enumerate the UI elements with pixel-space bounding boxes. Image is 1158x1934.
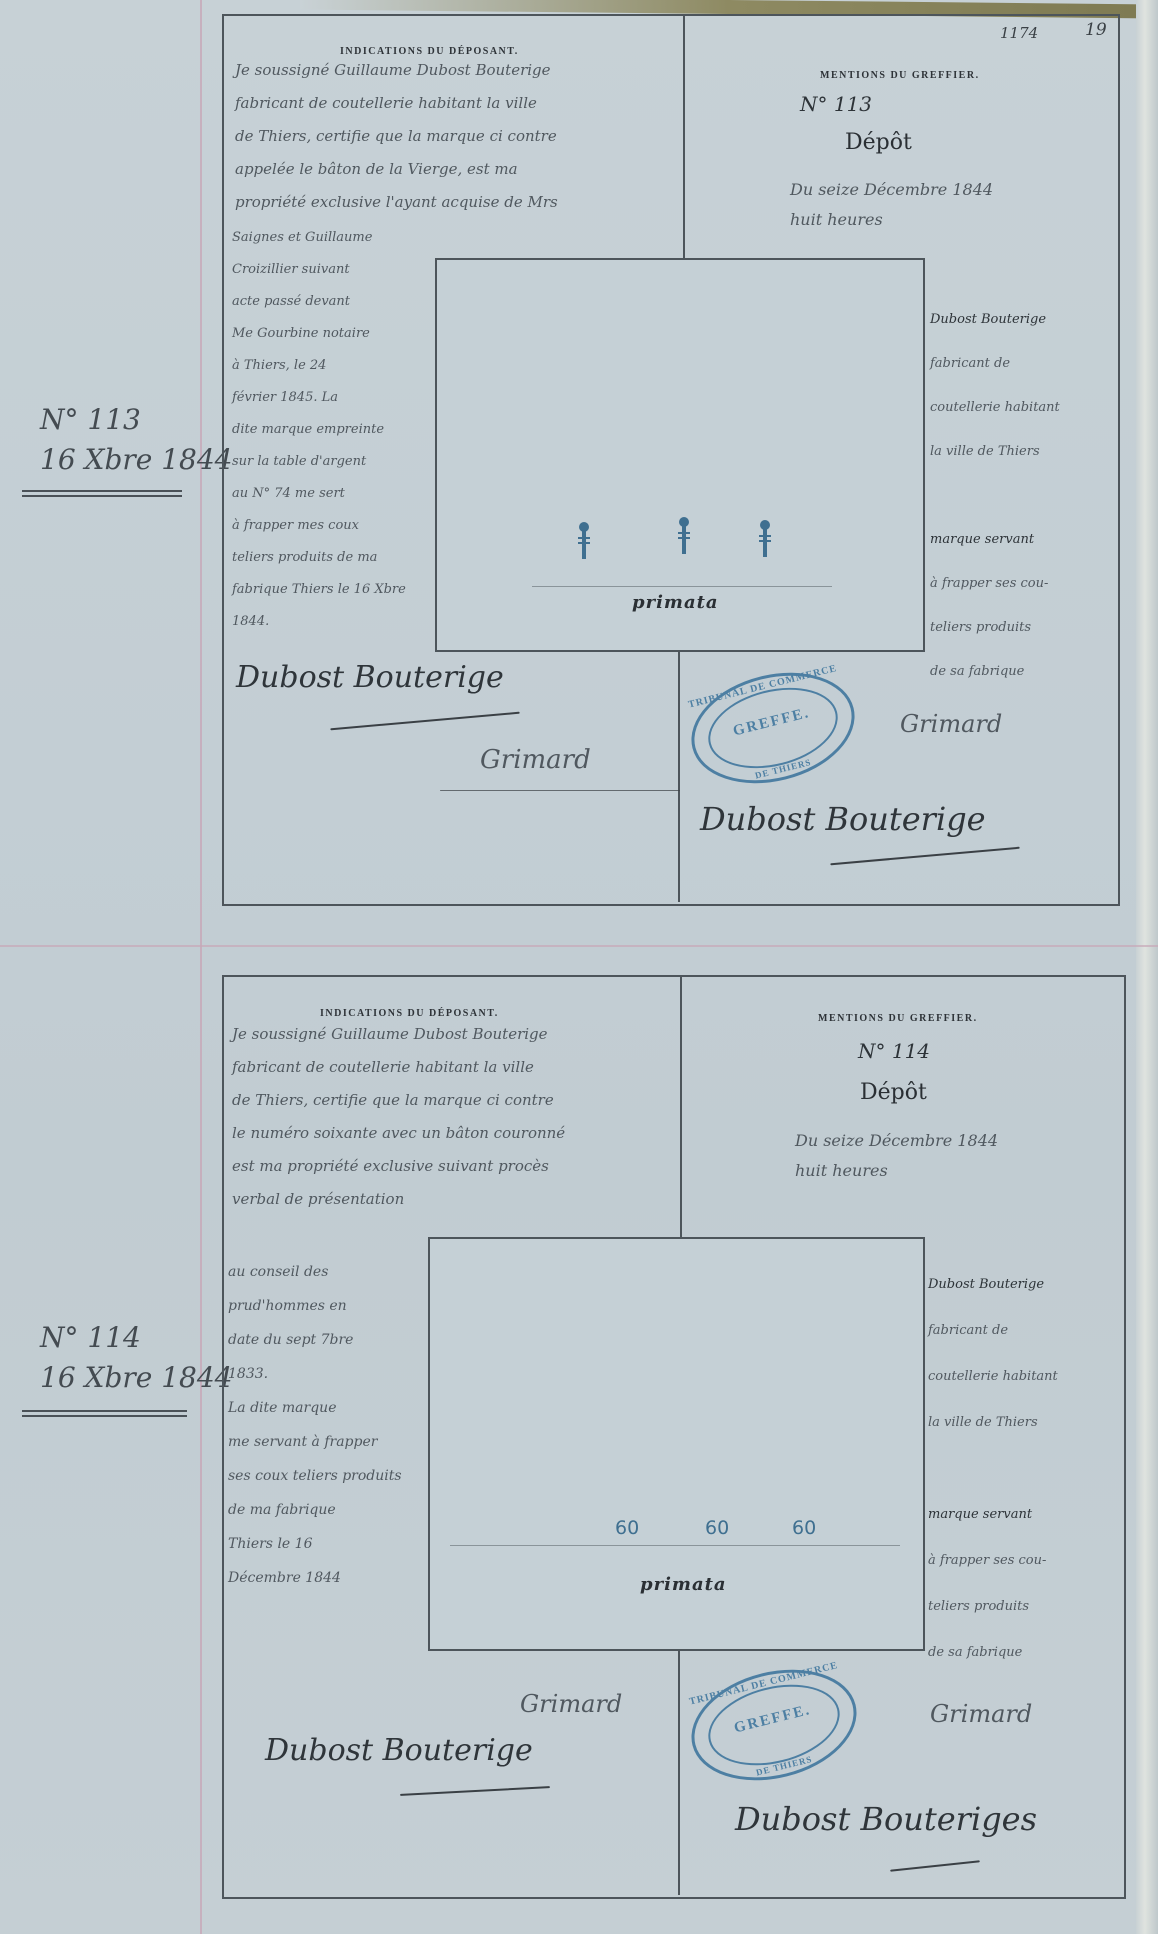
greffier-number: N° 113 — [800, 88, 872, 121]
trademark-box-114: 60 60 60 primata — [428, 1237, 925, 1651]
depot-label: Dépôt — [845, 130, 912, 155]
margin-number: N° 114 — [40, 1321, 141, 1354]
deposant-text-wide: Je soussigné Guillaume Dubost Bouterige … — [232, 1018, 565, 1216]
clerk-flourish — [440, 790, 680, 791]
clerk-signature: Grimard — [480, 745, 591, 775]
entry-separator-rule — [0, 945, 1158, 947]
clerk-signature-right: Grimard — [930, 1700, 1032, 1728]
deposant-text-narrow: Saignes et Guillaume Croizillier suivant… — [232, 222, 406, 638]
page-edge — [1136, 0, 1158, 1934]
depositor-signature-right: Dubost Bouteriges — [735, 1800, 1037, 1838]
clerk-signature: Grimard — [520, 1690, 622, 1718]
margin-date: 16 Xbre 1844 — [40, 443, 233, 476]
staff-mark-icon — [763, 523, 767, 557]
mark-baseline — [532, 586, 832, 587]
greffier-date: Du seize Décembre 1844 huit heures — [795, 1126, 998, 1186]
deposant-text-narrow: au conseil des prud'hommes en date du se… — [228, 1255, 402, 1595]
mark-caption: primata — [632, 592, 719, 613]
margin-double-rule — [22, 1410, 187, 1412]
depositor-signature: Dubost Bouterige — [236, 660, 504, 695]
mark-numeral: 60 — [615, 1517, 639, 1539]
depositor-signature-right: Dubost Bouterige — [700, 800, 986, 838]
clerk-signature-right: Grimard — [900, 710, 1002, 738]
mark-caption: primata — [640, 1574, 727, 1595]
margin-reference-114: N° 114 16 Xbre 1844 — [40, 1318, 233, 1398]
column-divider-bottom — [678, 648, 680, 902]
greffier-date: Du seize Décembre 1844 huit heures — [790, 175, 993, 235]
margin-date: 16 Xbre 1844 — [40, 1361, 233, 1394]
mark-numeral: 60 — [705, 1517, 729, 1539]
column-divider-top — [680, 975, 682, 1237]
greffier-heading: MENTIONS DU GREFFIER. — [820, 70, 980, 81]
margin-double-rule — [22, 490, 182, 492]
trademark-box-113: primata — [435, 258, 925, 652]
margin-reference-113: N° 113 16 Xbre 1844 — [40, 400, 233, 480]
greffier-heading: MENTIONS DU GREFFIER. — [818, 1013, 978, 1024]
staff-mark-icon — [582, 525, 586, 559]
depositor-signature: Dubost Bouterige — [265, 1733, 533, 1768]
column-divider-top — [683, 14, 685, 259]
column-divider-bottom — [678, 1648, 680, 1895]
greffier-number: N° 114 — [858, 1035, 930, 1068]
mark-baseline — [450, 1545, 900, 1546]
greffier-side-notes: Dubost Bouterige fabricant de coutelleri… — [928, 1262, 1058, 1676]
depot-label: Dépôt — [860, 1080, 927, 1105]
margin-rule — [200, 0, 202, 1934]
mark-numeral: 60 — [792, 1517, 816, 1539]
staff-mark-icon — [682, 520, 686, 554]
register-page: 1174 19 N° 113 16 Xbre 1844 INDICATIONS … — [0, 0, 1158, 1934]
margin-number: N° 113 — [40, 403, 141, 436]
deposant-text-wide: Je soussigné Guillaume Dubost Bouterige … — [235, 54, 558, 219]
greffier-side-notes: Dubost Bouterige fabricant de coutelleri… — [930, 298, 1060, 694]
